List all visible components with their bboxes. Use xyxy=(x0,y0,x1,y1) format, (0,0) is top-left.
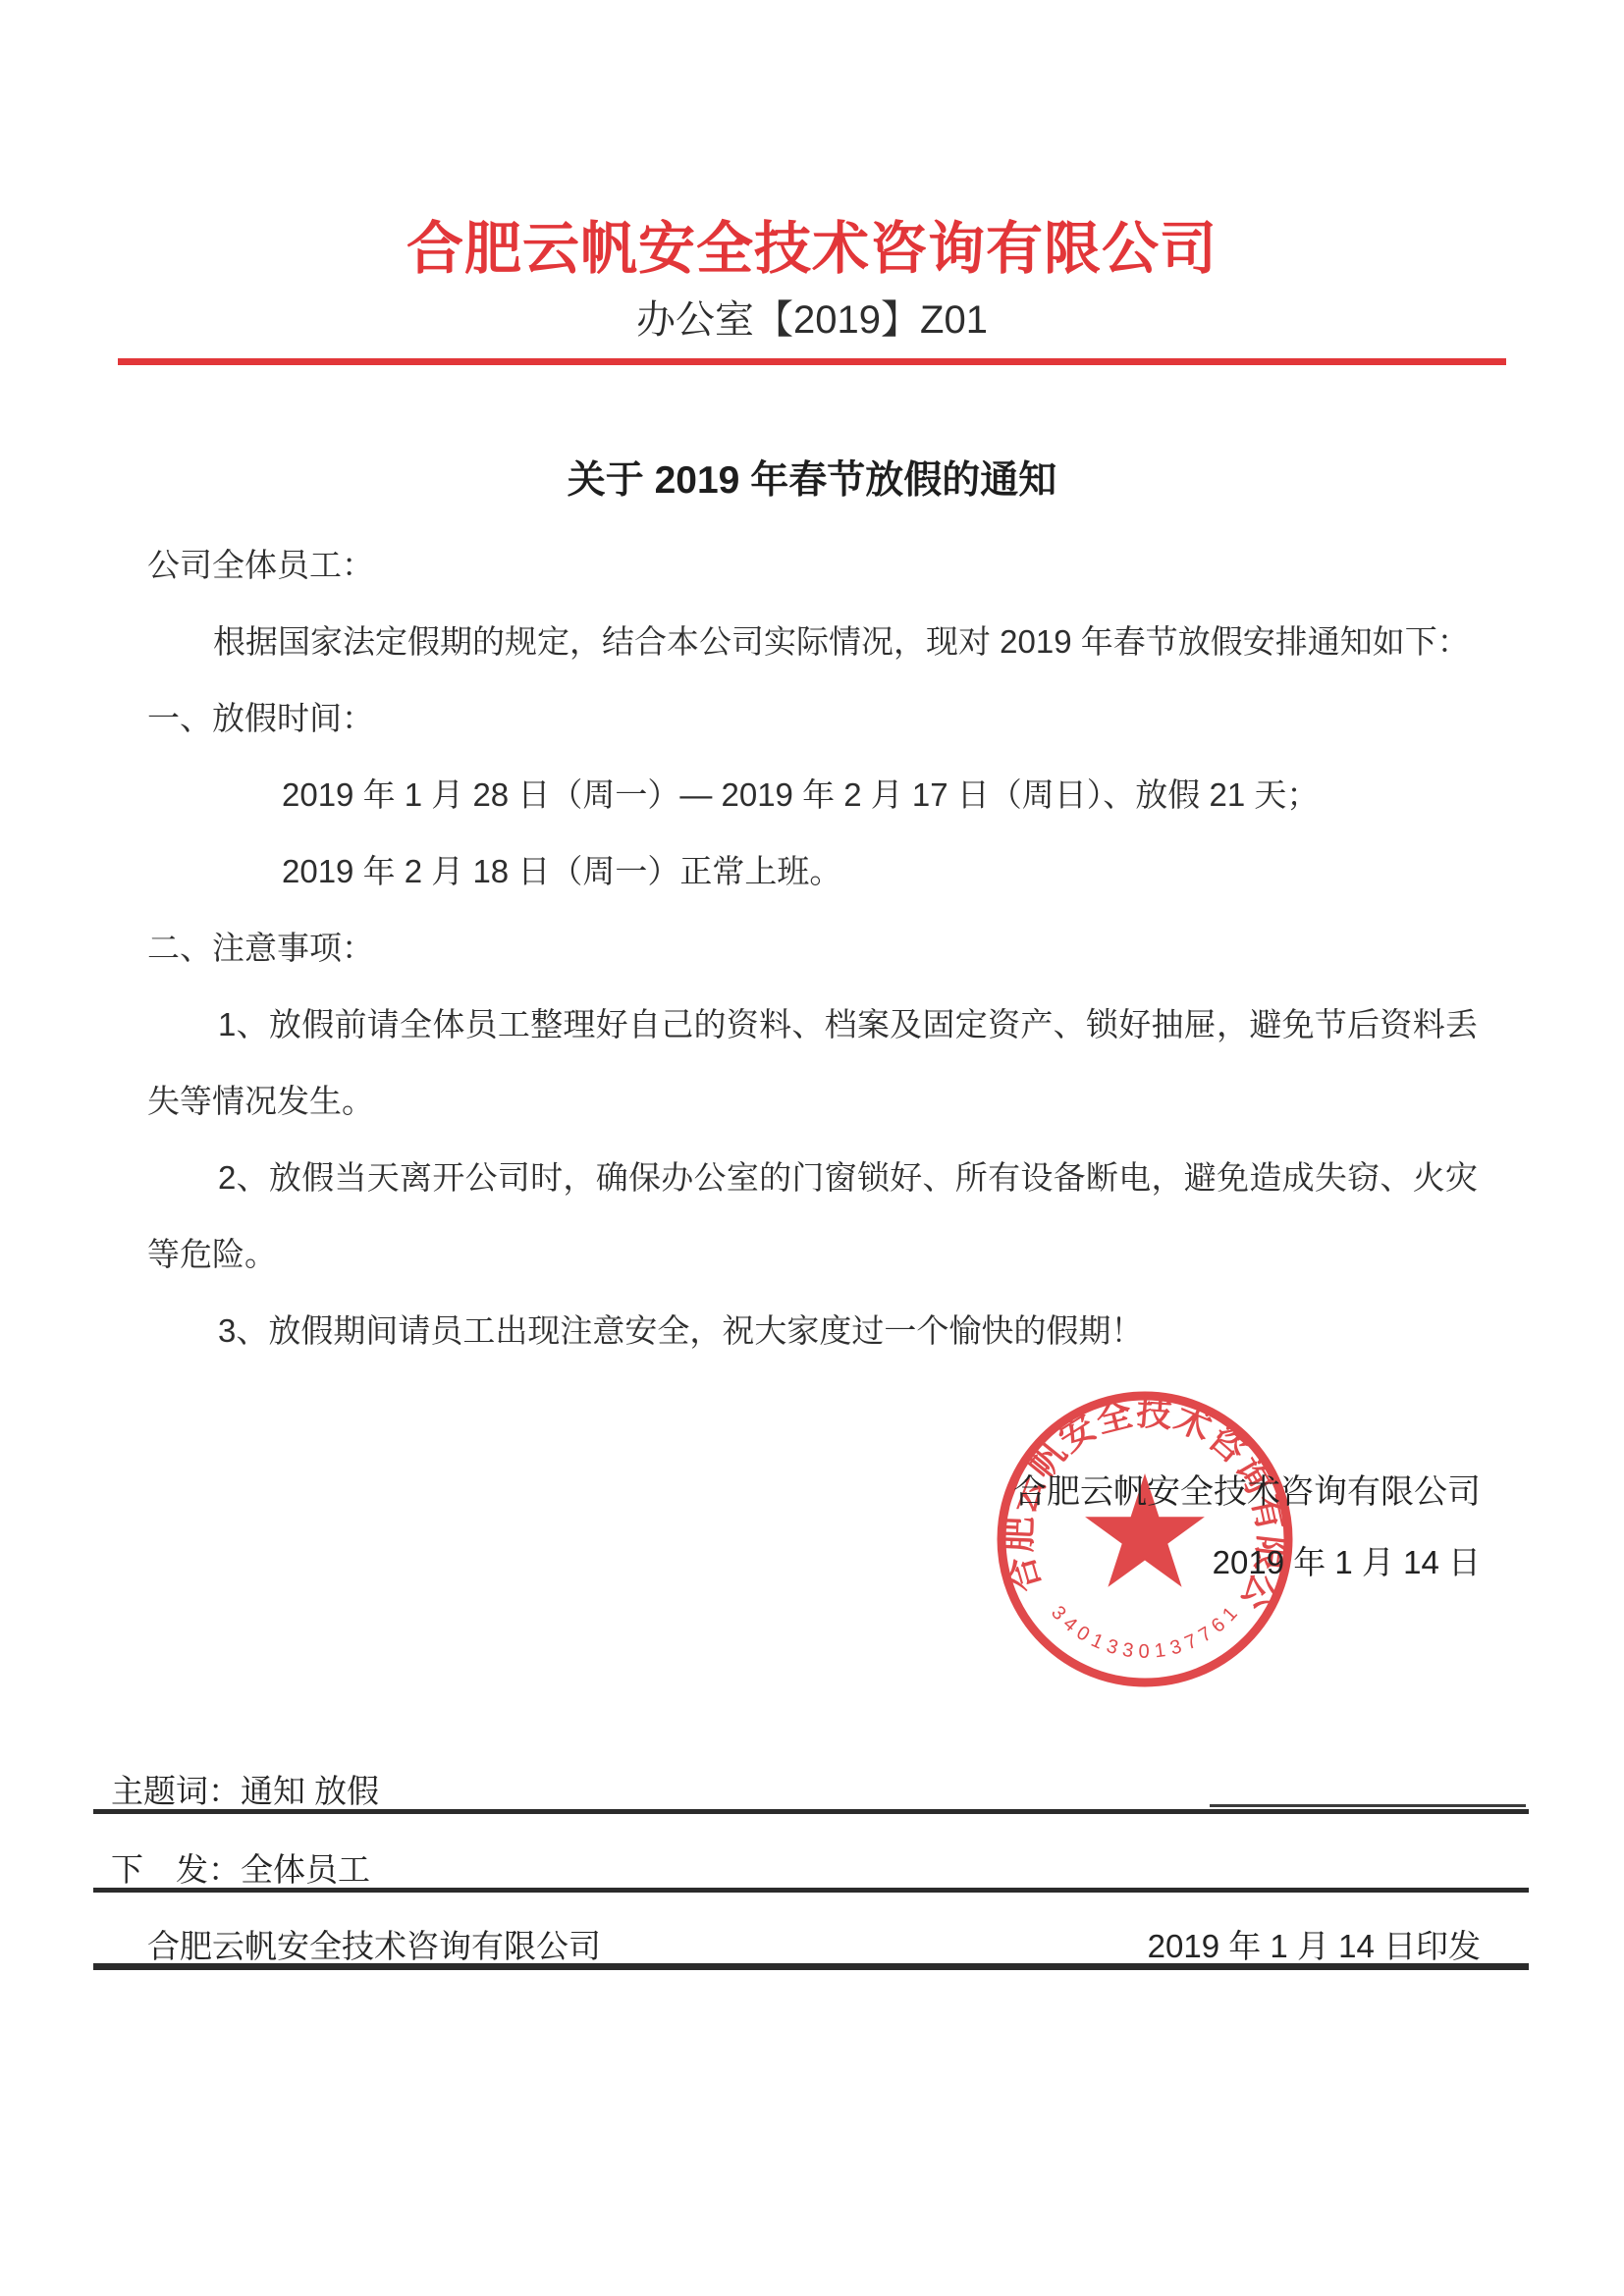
signature-company-name: 合肥云帆安全技术咨询有限公司 xyxy=(1013,1465,1481,1513)
footer-subject-keywords: 主题词：通知 放假 xyxy=(111,1766,379,1812)
svg-text:3401330137761: 3401330137761 xyxy=(1047,1602,1242,1663)
body-return-date: 2019 年 2 月 18 日（周一）正常上班。 xyxy=(282,852,841,891)
body-section1-heading: 一、放假时间： xyxy=(147,699,374,738)
body-section2-heading: 二、注意事项： xyxy=(147,929,374,968)
letterhead-divider-rule xyxy=(118,358,1506,365)
footer-subject-thin-rule xyxy=(1210,1804,1526,1807)
footer-subject-rule xyxy=(93,1809,1529,1814)
notice-title: 关于 2019 年春节放假的通知 xyxy=(0,450,1624,505)
footer-issuer-company: 合肥云帆安全技术咨询有限公司 xyxy=(147,1921,601,1967)
letterhead-company-name: 合肥云帆安全技术咨询有限公司 xyxy=(0,202,1624,285)
body-holiday-dates: 2019 年 1 月 28 日（周一）— 2019 年 2 月 17 日（周日）… xyxy=(282,775,1319,815)
body-intro: 根据国家法定假期的规定，结合本公司实际情况，现对 2019 年春节放假安排通知如… xyxy=(213,622,1470,662)
footer-bottom-rule xyxy=(93,1963,1529,1970)
body-note2-line2: 等危险。 xyxy=(147,1235,277,1274)
footer-issue-date: 2019 年 1 月 14 日印发 xyxy=(1148,1921,1481,1967)
stamp-serial-arc-text: 3401330137761 xyxy=(1047,1602,1242,1663)
signature-date: 2019 年 1 月 14 日 xyxy=(1213,1537,1481,1583)
letterhead-doc-number: 办公室【2019】Z01 xyxy=(0,289,1624,345)
body-note1-line1: 1、放假前请全体员工整理好自己的资料、档案及固定资产、锁好抽屉，避免节后资料丢 xyxy=(218,1005,1478,1044)
document-page: 合肥云帆安全技术咨询有限公司 办公室【2019】Z01 关于 2019 年春节放… xyxy=(0,0,1624,2296)
footer-distribution-rule xyxy=(93,1888,1529,1893)
body-note1-line2: 失等情况发生。 xyxy=(147,1082,374,1121)
body-note3: 3、放假期间请员工出现注意安全，祝大家度过一个愉快的假期！ xyxy=(218,1311,1143,1351)
body-note2-line1: 2、放假当天离开公司时，确保办公室的门窗锁好、所有设备断电，避免造成失窃、火灾 xyxy=(218,1158,1478,1198)
footer-distribution: 下 发：全体员工 xyxy=(111,1844,370,1891)
body-salutation: 公司全体员工： xyxy=(147,546,374,585)
